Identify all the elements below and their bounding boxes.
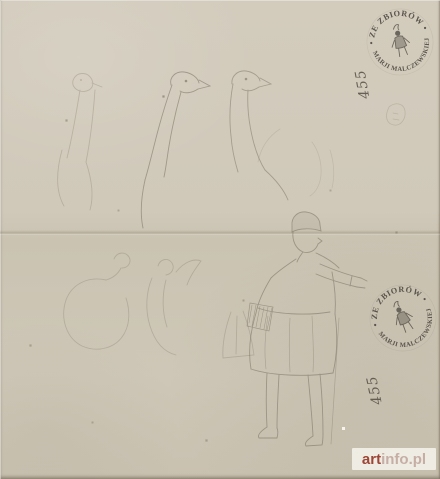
stamp-figure-icon xyxy=(387,298,417,334)
standing-figure-sketch xyxy=(247,212,367,446)
stamp-figure-icon xyxy=(387,23,413,58)
goose-head-sketch-right xyxy=(230,71,288,200)
small-head-sketch xyxy=(387,104,406,125)
goose-body-sketches xyxy=(64,253,254,358)
artinfo-watermark: artinfo.pl xyxy=(352,448,436,470)
goose-head-sketch-left xyxy=(58,74,102,211)
artwork-scan: • ZE ZBIORÓW • MARJI MALCZEWSKIEJ • ZE xyxy=(0,0,440,479)
watermark-brand-bold: art xyxy=(362,452,381,467)
watermark-brand-rest: info.pl xyxy=(381,452,426,467)
faint-study-marks xyxy=(258,129,334,196)
goose-head-sketch-middle xyxy=(141,72,210,228)
